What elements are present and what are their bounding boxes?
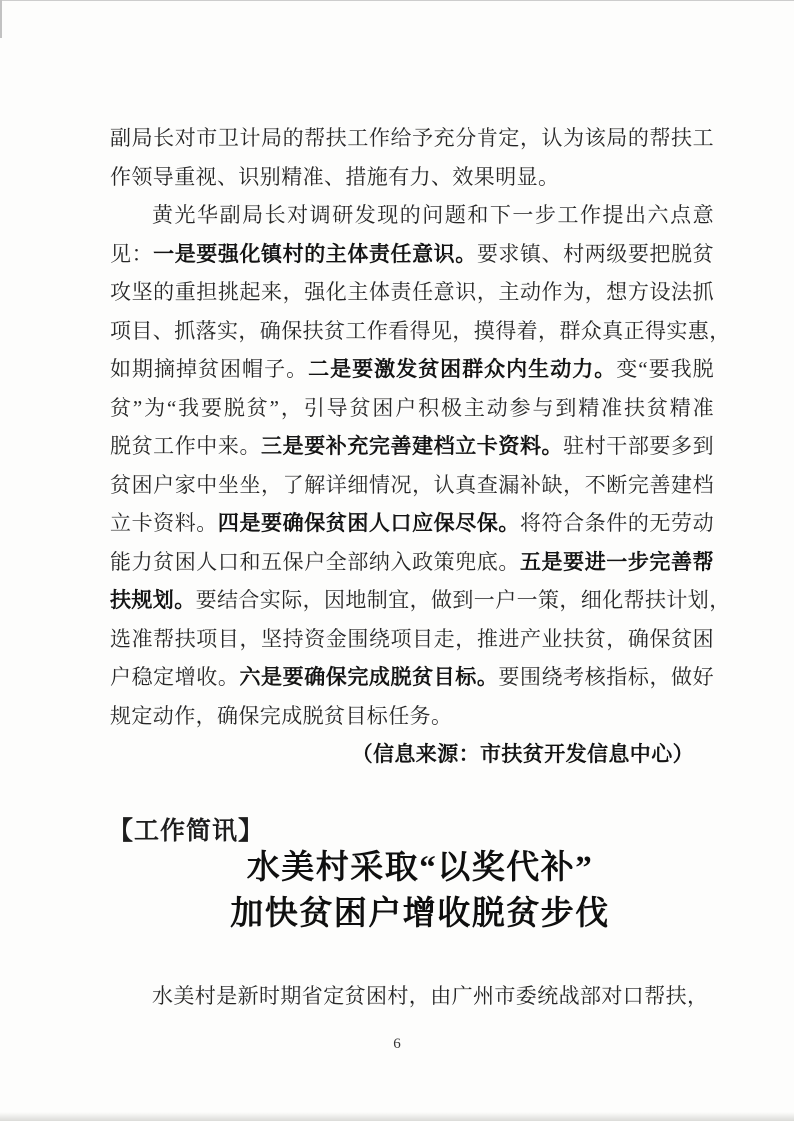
- scan-edge-bottom: [0, 1112, 794, 1121]
- text-line: 攻坚的重担挑起来，强化主体责任意识，主动作为，想方设法抓: [110, 273, 714, 312]
- text-segment: 规定动作，确保完成脱贫目标任务。: [110, 704, 452, 728]
- section-label: 【工作简讯】: [108, 811, 264, 847]
- text-line: 选准帮扶项目，坚持资金围绕项目走，推进产业扶贫，确保贫困: [110, 620, 714, 659]
- article-title-line2: 加快贫困户增收脱贫步伐: [110, 892, 730, 938]
- article-title-line1: 水美村采取“以奖代补”: [110, 846, 730, 892]
- text-line: 作领导重视、识别精准、措施有力、效果明显。: [110, 158, 714, 197]
- text-segment: 立卡资料。: [110, 511, 218, 535]
- bold-text-segment: 四是要确保贫困人口应保尽保。: [218, 511, 520, 535]
- text-segment: 攻坚的重担挑起来，强化主体责任意识，主动作为，想方设法抓: [110, 280, 714, 304]
- body-text: 副局长对市卫计局的帮扶工作给予充分肯定，认为该局的帮扶工作领导重视、识别精准、措…: [110, 119, 714, 774]
- bold-text-segment: 二是要激发贫困群众内生动力。: [308, 357, 616, 381]
- text-line: 黄光华副局长对调研发现的问题和下一步工作提出六点意: [110, 196, 714, 235]
- text-segment: 选准帮扶项目，坚持资金围绕项目走，推进产业扶贫，确保贫困: [110, 627, 714, 651]
- text-line: 副局长对市卫计局的帮扶工作给予充分肯定，认为该局的帮扶工: [110, 119, 714, 158]
- bold-text-segment: （信息来源：市扶贫开发信息中心）: [352, 742, 694, 766]
- text-segment: 项目、抓落实，确保扶贫工作看得见，摸得着，群众真正得实惠，: [110, 319, 714, 343]
- scanned-document-page: 副局长对市卫计局的帮扶工作给予充分肯定，认为该局的帮扶工作领导重视、识别精准、措…: [0, 0, 794, 1121]
- text-segment: 脱贫工作中来。: [110, 434, 261, 458]
- text-line: 贫困户家中坐坐，了解详细情况，认真查漏补缺，不断完善建档: [110, 466, 714, 505]
- text-line: 扶规划。要结合实际，因地制宜，做到一户一策，细化帮扶计划，: [110, 581, 714, 620]
- bold-text-segment: 一是要强化镇村的主体责任意识。: [153, 242, 477, 266]
- text-segment: 要围绕考核指标，做好: [498, 665, 714, 689]
- source-line: （信息来源：市扶贫开发信息中心）: [110, 735, 714, 774]
- text-segment: 黄光华副局长对调研发现的问题和下一步工作提出六点意: [152, 203, 714, 227]
- text-segment: 要结合实际，因地制宜，做到一户一策，细化帮扶计划，: [196, 588, 714, 612]
- scan-edge-top: [0, 0, 794, 1]
- text-line: 如期摘掉贫困帽子。二是要激发贫困群众内生动力。变“要我脱: [110, 350, 714, 389]
- text-line: 能力贫困人口和五保户全部纳入政策兜底。五是要进一步完善帮: [110, 543, 714, 582]
- text-segment: 变“要我脱: [616, 357, 714, 381]
- text-segment: 贫”为“我要脱贫”，引导贫困户积极主动参与到精准扶贫精准: [110, 396, 714, 420]
- text-segment: 见：: [110, 242, 153, 266]
- text-line: 贫”为“我要脱贫”，引导贫困户积极主动参与到精准扶贫精准: [110, 389, 714, 428]
- bold-text-segment: 三是要补充完善建档立卡资料。: [261, 434, 563, 458]
- article-title: 水美村采取“以奖代补” 加快贫困户增收脱贫步伐: [110, 846, 730, 937]
- text-segment: 要求镇、村两级要把脱贫: [477, 242, 714, 266]
- text-segment: 作领导重视、识别精准、措施有力、效果明显。: [110, 165, 559, 189]
- text-segment: 能力贫困人口和五保户全部纳入政策兜底。: [110, 550, 520, 574]
- text-segment: 驻村干部要多到: [563, 434, 714, 458]
- article-first-paragraph: 水美村是新时期省定贫困村，由广州市委统战部对口帮扶，: [110, 977, 714, 1016]
- text-segment: 副局长对市卫计局的帮扶工作给予充分肯定，认为该局的帮扶工: [110, 126, 714, 150]
- text-line: 见：一是要强化镇村的主体责任意识。要求镇、村两级要把脱贫: [110, 235, 714, 274]
- text-segment: 如期摘掉贫困帽子。: [110, 357, 308, 381]
- text-line: 项目、抓落实，确保扶贫工作看得见，摸得着，群众真正得实惠，: [110, 312, 714, 351]
- text-line: 户稳定增收。六是要确保完成脱贫目标。要围绕考核指标，做好: [110, 658, 714, 697]
- scan-edge-left: [0, 0, 2, 38]
- text-segment: 贫困户家中坐坐，了解详细情况，认真查漏补缺，不断完善建档: [110, 473, 714, 497]
- text-line: 立卡资料。四是要确保贫困人口应保尽保。将符合条件的无劳动: [110, 504, 714, 543]
- text-line: 规定动作，确保完成脱贫目标任务。: [110, 697, 714, 736]
- text-line: 脱贫工作中来。三是要补充完善建档立卡资料。驻村干部要多到: [110, 427, 714, 466]
- text-segment: 户稳定增收。: [110, 665, 239, 689]
- bold-text-segment: 五是要进一步完善帮: [520, 550, 714, 574]
- text-segment: 将符合条件的无劳动: [520, 511, 714, 535]
- bold-text-segment: 六是要确保完成脱贫目标。: [239, 665, 498, 689]
- bold-text-segment: 扶规划。: [110, 588, 196, 612]
- page-number: 6: [0, 1036, 794, 1053]
